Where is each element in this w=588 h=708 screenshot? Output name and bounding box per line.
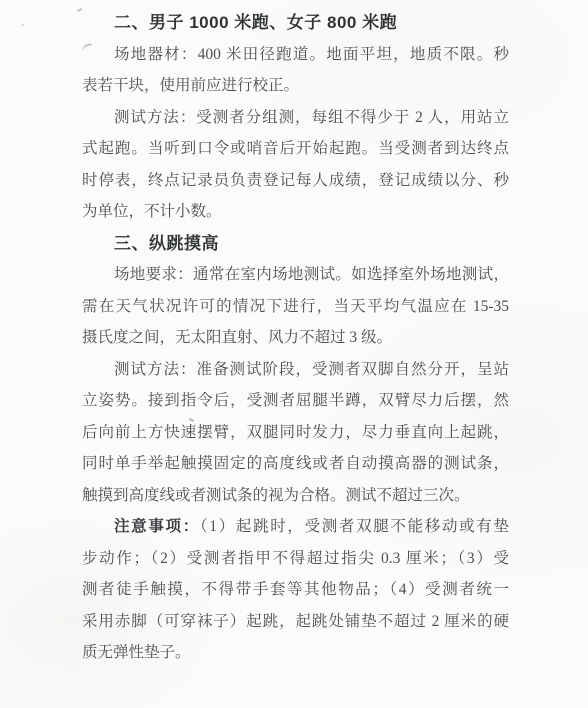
document-line: 测试方法：准备测试阶段，受测者双脚自然分开，呈站 xyxy=(82,354,509,386)
document-line: 测者徒手触摸，不得带手套等其他物品；（4）受测者统一 xyxy=(82,574,509,606)
document-line: 需在天气状况许可的情况下进行，当天平均气温应在 15-35 xyxy=(82,291,509,323)
document-line: 表若干块，使用前应进行校正。 xyxy=(82,70,509,102)
document-line: 场地要求：通常在室内场地测试。如选择室外场地测试， xyxy=(82,259,509,291)
document-line: 为单位，不计小数。 xyxy=(82,196,509,228)
document-line: 同时单手举起触摸固定的高度线或者自动摸高器的测试条， xyxy=(82,448,509,480)
document-line: 质无弹性垫子。 xyxy=(82,637,509,669)
document-line: 采用赤脚（可穿袜子）起跳，起跳处铺垫不超过 2 厘米的硬 xyxy=(82,606,509,638)
bold-label: 注意事项： xyxy=(114,518,200,535)
document-line: 立姿势。接到指令后，受测者屈腿半蹲，双臂尽力后摆，然 xyxy=(82,385,509,417)
document-line: 式起跑。当听到口令或哨音后开始起跑。当受测者到达终点 xyxy=(82,133,509,165)
scanned-document-page: 二、男子 1000 米跑、女子 800 米跑场地器材：400 米田径跑道。地面平… xyxy=(0,0,588,708)
document-line: 触摸到高度线或者测试条的视为合格。测试不超过三次。 xyxy=(82,480,509,512)
document-text-block: 二、男子 1000 米跑、女子 800 米跑场地器材：400 米田径跑道。地面平… xyxy=(82,7,509,669)
section-heading: 三、纵跳摸高 xyxy=(82,228,509,260)
document-line: 时停表，终点记录员负责登记每人成绩，登记成绩以分、秒 xyxy=(82,165,509,197)
document-line: 注意事项：（1）起跳时，受测者双腿不能移动或有垫 xyxy=(82,511,509,543)
document-line: 后向前上方快速摆臂，双腿同时发力，尽力垂直向上起跳， xyxy=(82,417,509,449)
document-line: 场地器材：400 米田径跑道。地面平坦，地质不限。秒 xyxy=(82,39,509,71)
document-line: 摄氏度之间，无太阳直射、风力不超过 3 级。 xyxy=(82,322,509,354)
document-line: 步动作；（2）受测者指甲不得超过指尖 0.3 厘米；（3）受 xyxy=(82,543,509,575)
scan-speck xyxy=(22,24,24,26)
section-heading: 二、男子 1000 米跑、女子 800 米跑 xyxy=(82,7,509,39)
document-line: 测试方法：受测者分组测，每组不得少于 2 人，用站立 xyxy=(82,102,509,134)
